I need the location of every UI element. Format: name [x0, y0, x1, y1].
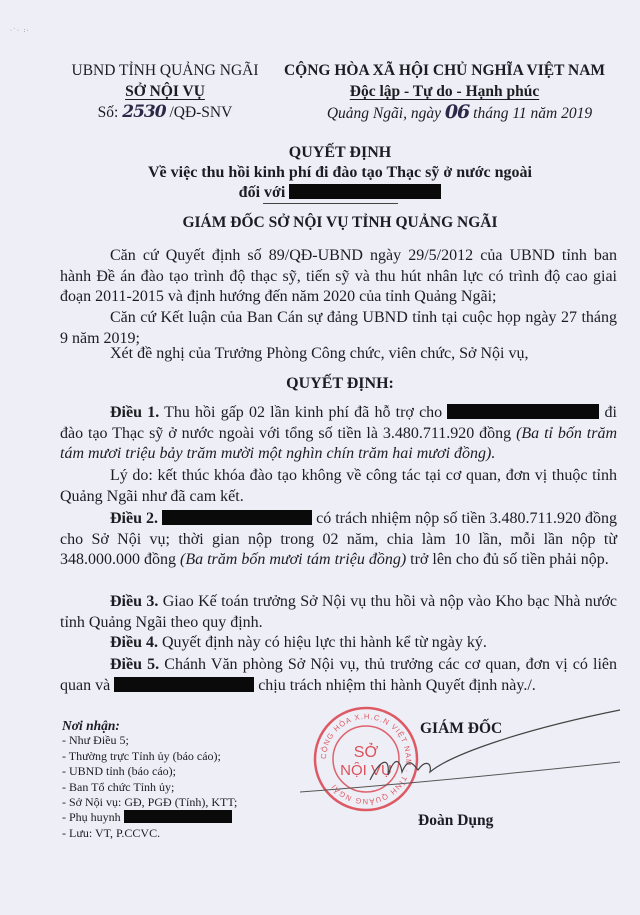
department-name: SỞ NỘI VỤ [60, 81, 270, 102]
article-label: Điều 2. [110, 510, 158, 527]
redacted-name [289, 184, 441, 199]
signer-title: GIÁM ĐỐC [420, 720, 502, 738]
issuer-title: GIÁM ĐỐC SỞ NỘI VỤ TỈNH QUẢNG NGÃI [60, 214, 620, 232]
title-underline [263, 203, 398, 204]
redacted-name [124, 810, 232, 823]
article-label: Điều 1. [110, 404, 159, 421]
recipient-item: - UBND tỉnh (báo cáo); [62, 764, 237, 779]
scan-specks: · ˙ · : · [10, 28, 29, 34]
redacted-name [114, 677, 254, 692]
article-5: Điều 5. Chánh Văn phòng Sở Nội vụ, thủ t… [60, 655, 617, 696]
nation-name: CỘNG HÒA XÃ HỘI CHỦ NGHĨA VIỆT NAM [272, 60, 617, 81]
national-header: CỘNG HÒA XÃ HỘI CHỦ NGHĨA VIỆT NAM Độc l… [272, 60, 617, 124]
legal-basis-1: Căn cứ Quyết định số 89/QĐ-UBND ngày 29/… [60, 246, 617, 308]
legal-basis-2: Căn cứ Kết luận của Ban Cán sự đảng UBND… [60, 308, 617, 349]
signature-scribble-icon [300, 700, 630, 820]
provincial-authority: UBND TỈNH QUẢNG NGÃI [60, 60, 270, 81]
proposal-line: Xét đề nghị của Trưởng Phòng Công chức, … [60, 344, 617, 365]
recipient-item: - Như Điều 5; [62, 733, 237, 748]
issuer-header: UBND TỈNH QUẢNG NGÃI SỞ NỘI VỤ Số: 2530 … [60, 60, 270, 123]
decision-heading: QUYẾT ĐỊNH: [60, 375, 620, 393]
article-3: Điều 3. Giao Kế toán trưởng Sở Nội vụ th… [60, 592, 617, 633]
article-1: Điều 1. Thu hồi gấp 02 lần kinh phí đã h… [60, 403, 617, 465]
recipient-item: - Phụ huynh [62, 810, 237, 825]
document-type: QUYẾT ĐỊNH [60, 143, 620, 163]
redacted-name [162, 510, 312, 525]
article-2: Điều 2. có trách nhiệm nộp số tiền 3.480… [60, 509, 617, 571]
national-motto: Độc lập - Tự do - Hạnh phúc [272, 81, 617, 102]
signer-name: Đoàn Dụng [418, 812, 493, 830]
document-subject: Về việc thu hồi kinh phí đi đào tạo Thạc… [60, 163, 620, 183]
recipient-item: - Sở Nội vụ: GĐ, PGĐ (Tính), KTT; [62, 795, 237, 810]
recipient-item: - Lưu: VT, P.CCVC. [62, 826, 237, 841]
recipient-item: - Ban Tổ chức Tỉnh ủy; [62, 780, 237, 795]
handwritten-number: 2530 [122, 102, 165, 122]
document-subject-target: đối với [60, 183, 620, 203]
recipients-title: Nơi nhận: [62, 718, 237, 733]
article-4: Điều 4. Quyết định này có hiệu lực thi h… [60, 633, 617, 654]
handwritten-day: 06 [445, 101, 469, 123]
recipient-item: - Thường trực Tỉnh ủy (báo cáo); [62, 749, 237, 764]
article-label: Điều 3. [110, 593, 158, 610]
redacted-name [447, 404, 599, 419]
scanned-document-page: · ˙ · : · UBND TỈNH QUẢNG NGÃI SỞ NỘI VỤ… [0, 0, 640, 915]
recipients-list: Nơi nhận: - Như Điều 5; - Thường trực Tỉ… [62, 718, 237, 841]
article-label: Điều 4. [110, 634, 158, 651]
title-block: QUYẾT ĐỊNH Về việc thu hồi kinh phí đi đ… [60, 143, 620, 203]
article-label: Điều 5. [110, 656, 159, 673]
place-date: Quảng Ngãi, ngày 06 tháng 11 năm 2019 [272, 102, 617, 124]
article-1-reason: Lý do: kết thúc khóa đào tạo không về cô… [60, 466, 617, 507]
document-number: Số: 2530 /QĐ-SNV [60, 102, 270, 123]
